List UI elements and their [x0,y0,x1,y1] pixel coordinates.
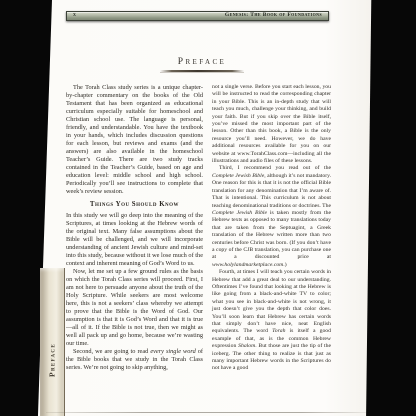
title-divider [160,70,244,72]
page-title: Preface [66,57,338,67]
text-columns: The Torah Class study series is a unique… [66,84,331,373]
scanned-book-page: x Genesis: The Book of Foundations Prefa… [0,0,416,416]
title-block: Preface [66,57,338,72]
paragraph: The Torah Class study series is a unique… [66,84,203,196]
running-header: x Genesis: The Book of Foundations [66,11,329,21]
side-tab: Preface [40,268,65,416]
paragraph: Third, I recommend you read out of the C… [212,165,331,269]
paragraph: In this study we will go deep into the m… [66,212,203,268]
paragraph: Second, we are going to read every singl… [66,348,203,372]
side-tab-label: Preface [48,343,57,377]
page-number: x [73,13,76,19]
scan-edge-right [364,0,416,416]
paragraph: Fourth, at times I will teach you certai… [212,269,331,373]
running-title: Genesis: The Book of Foundations [225,13,322,19]
paragraph: Now, let me set up a few ground rules as… [66,268,203,348]
column-right: not a single verse. Before you start eac… [212,84,331,373]
section-heading: Things You Should Know [66,201,203,209]
paragraph: not a single verse. Before you start eac… [212,84,331,165]
column-left: The Torah Class study series is a unique… [66,84,203,373]
page-bottom-edge [46,412,366,413]
